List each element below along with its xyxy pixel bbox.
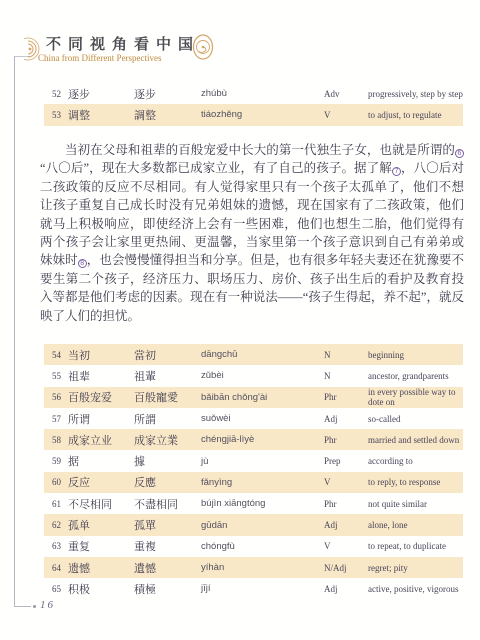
cell-simplified-chinese: 重复	[68, 538, 134, 554]
cell-entry-number: 64	[44, 563, 68, 573]
cell-simplified-chinese: 百般宠爱	[68, 389, 134, 405]
cell-entry-number: 57	[44, 414, 68, 424]
cell-entry-number: 58	[44, 435, 68, 445]
cell-entry-number: 55	[44, 371, 68, 381]
cell-pinyin: fǎnyìng	[201, 477, 324, 488]
cell-english-definition: so-called	[368, 414, 463, 424]
cell-entry-number: 52	[44, 89, 68, 99]
page-margin-rule	[14, 56, 31, 607]
cell-traditional-chinese: 當初	[134, 347, 201, 363]
cell-traditional-chinese: 重複	[134, 538, 201, 554]
vocab-row: 59据據jùPrepaccording to	[44, 450, 463, 471]
cell-pinyin: jù	[201, 456, 324, 467]
cell-part-of-speech: N/Adj	[324, 563, 368, 573]
chapter-title-english: China from Different Perspectives	[38, 53, 218, 63]
cell-traditional-chinese: 不盡相同	[134, 496, 201, 512]
cell-traditional-chinese: 成家立業	[134, 432, 201, 448]
cell-pinyin: suǒwèi	[201, 413, 324, 424]
cell-entry-number: 53	[44, 110, 68, 120]
vocab-row: 61不尽相同不盡相同bújìn xiāngtóngPhrnot quite si…	[44, 493, 463, 514]
cell-part-of-speech: Phr	[324, 435, 368, 445]
cell-english-definition: alone, lone	[368, 520, 463, 530]
cell-part-of-speech: Adj	[324, 414, 368, 424]
cell-entry-number: 60	[44, 477, 68, 487]
cell-english-definition: to repeat, to duplicate	[368, 541, 463, 551]
cell-simplified-chinese: 积极	[68, 581, 134, 597]
textbook-page: { "header": { "title_cn": "不同视角看中国", "su…	[0, 0, 480, 640]
cell-pinyin: chéngjiā-lìyè	[201, 434, 324, 445]
cell-traditional-chinese: 反應	[134, 474, 201, 490]
cell-pinyin: bújìn xiāngtóng	[201, 498, 324, 509]
cell-traditional-chinese: 祖輩	[134, 368, 201, 384]
reading-passage: 当初在父母和祖辈的百般宠爱中长大的第一代独生子女，也就是所谓的6“八〇后”，现在…	[40, 141, 464, 325]
cell-traditional-chinese: 所謂	[134, 411, 201, 427]
cell-simplified-chinese: 逐步	[68, 86, 134, 102]
cell-english-definition: beginning	[368, 350, 463, 360]
cell-part-of-speech: N	[324, 371, 368, 381]
cell-part-of-speech: Phr	[324, 499, 368, 509]
cell-pinyin: gūdān	[201, 520, 324, 531]
cell-pinyin: chóngfù	[201, 541, 324, 552]
vocab-table-top: 52逐步逐步zhúbùAdvprogressively, step by ste…	[44, 83, 463, 126]
cell-english-definition: in every possible way to dote on	[368, 387, 463, 407]
cell-entry-number: 59	[44, 456, 68, 466]
vocab-row: 52逐步逐步zhúbùAdvprogressively, step by ste…	[44, 83, 463, 104]
cell-pinyin: tiáozhěng	[201, 109, 324, 120]
cell-simplified-chinese: 不尽相同	[68, 496, 134, 512]
chapter-title-chinese: 不同视角看中国	[46, 33, 188, 54]
footnote-marker-icon: 6	[455, 149, 464, 158]
footnote-marker-icon: 8	[78, 259, 87, 268]
cell-entry-number: 61	[44, 499, 68, 509]
cell-entry-number: 65	[44, 584, 68, 594]
passage-text: ，八〇后对二孩政策的反应不尽相同。有人觉得家里只有一个孩子太孤单了，他们不想让孩…	[40, 161, 464, 267]
cell-entry-number: 62	[44, 520, 68, 530]
cell-pinyin: zhúbù	[201, 88, 324, 99]
footnote-marker-icon: 7	[392, 167, 401, 176]
cell-part-of-speech: V	[324, 110, 368, 120]
vocab-table-main: 54当初當初dāngchūNbeginning55祖辈祖輩zǔbèiNances…	[44, 344, 463, 600]
vocab-row: 57所谓所謂suǒwèiAdjso-called	[44, 408, 463, 429]
page-number: 16	[40, 599, 55, 611]
cell-pinyin: dāngchū	[201, 349, 324, 360]
vocab-row: 63重复重複chóngfùVto repeat, to duplicate	[44, 536, 463, 557]
cell-part-of-speech: Adj	[324, 520, 368, 530]
cell-traditional-chinese: 逐步	[134, 86, 201, 102]
cell-simplified-chinese: 所谓	[68, 411, 134, 427]
cell-english-definition: progressively, step by step	[368, 89, 463, 99]
cell-pinyin: jījí	[201, 583, 324, 594]
cell-english-definition: to reply, to response	[368, 477, 463, 487]
cell-traditional-chinese: 孤單	[134, 517, 201, 533]
cell-pinyin: yíhàn	[201, 562, 324, 573]
vocab-row: 65积极積極jījíAdjactive, positive, vigorous	[44, 578, 463, 599]
cell-traditional-chinese: 百般寵愛	[134, 389, 201, 405]
vocab-row: 58成家立业成家立業chéngjiā-lìyèPhrmarried and se…	[44, 429, 463, 450]
cell-entry-number: 56	[44, 392, 68, 402]
cell-simplified-chinese: 遗憾	[68, 560, 134, 576]
cell-simplified-chinese: 调整	[68, 107, 134, 123]
passage-text: “八〇后”，现在大多数都已成家立业，有了自己的孩子。据了解	[40, 161, 392, 175]
cell-english-definition: to adjust, to regulate	[368, 110, 463, 120]
cell-english-definition: ancestor, grandparents	[368, 371, 463, 381]
vocab-row: 64遗憾遺憾yíhànN/Adjregret; pity	[44, 557, 463, 578]
passage-text: 当初在父母和祖辈的百般宠爱中长大的第一代独生子女，也就是所谓的	[65, 143, 455, 157]
cell-simplified-chinese: 当初	[68, 347, 134, 363]
cell-part-of-speech: V	[324, 541, 368, 551]
cell-simplified-chinese: 孤单	[68, 517, 134, 533]
cell-simplified-chinese: 祖辈	[68, 368, 134, 384]
cell-part-of-speech: Prep	[324, 456, 368, 466]
rule-end-dot	[33, 605, 36, 608]
cell-part-of-speech: N	[324, 350, 368, 360]
vocab-row: 62孤单孤單gūdānAdjalone, lone	[44, 514, 463, 535]
cell-english-definition: married and settled down	[368, 435, 463, 445]
vocab-row: 55祖辈祖輩zǔbèiNancestor, grandparents	[44, 365, 463, 386]
cell-traditional-chinese: 積極	[134, 581, 201, 597]
cell-english-definition: not quite similar	[368, 499, 463, 509]
chapter-header: 不同视角看中国 China from Different Perspective…	[24, 30, 234, 72]
cell-traditional-chinese: 據	[134, 453, 201, 469]
cell-traditional-chinese: 調整	[134, 107, 201, 123]
cell-part-of-speech: Adv	[324, 89, 368, 99]
cell-pinyin: zǔbèi	[201, 370, 324, 381]
cell-entry-number: 54	[44, 350, 68, 360]
cell-pinyin: bǎibān chǒng'ài	[201, 392, 324, 403]
cell-simplified-chinese: 反应	[68, 474, 134, 490]
cell-simplified-chinese: 成家立业	[68, 432, 134, 448]
cell-traditional-chinese: 遺憾	[134, 560, 201, 576]
passage-text: ，也会慢慢懂得担当和分享。但是，也有很多年轻夫妻还在犹豫要不要生第二个孩子，经济…	[40, 253, 464, 322]
cell-english-definition: regret; pity	[368, 563, 463, 573]
cell-simplified-chinese: 据	[68, 453, 134, 469]
vocab-row: 56百般宠爱百般寵愛bǎibān chǒng'àiPhrin every pos…	[44, 387, 463, 408]
cell-entry-number: 63	[44, 541, 68, 551]
vocab-row: 53调整調整tiáozhěngVto adjust, to regulate	[44, 104, 463, 125]
vocab-row: 60反应反應fǎnyìngVto reply, to response	[44, 472, 463, 493]
cell-english-definition: active, positive, vigorous	[368, 584, 463, 594]
cell-part-of-speech: V	[324, 477, 368, 487]
cell-part-of-speech: Phr	[324, 392, 368, 402]
cell-part-of-speech: Adj	[324, 584, 368, 594]
vocab-row: 54当初當初dāngchūNbeginning	[44, 344, 463, 365]
cell-english-definition: according to	[368, 456, 463, 466]
